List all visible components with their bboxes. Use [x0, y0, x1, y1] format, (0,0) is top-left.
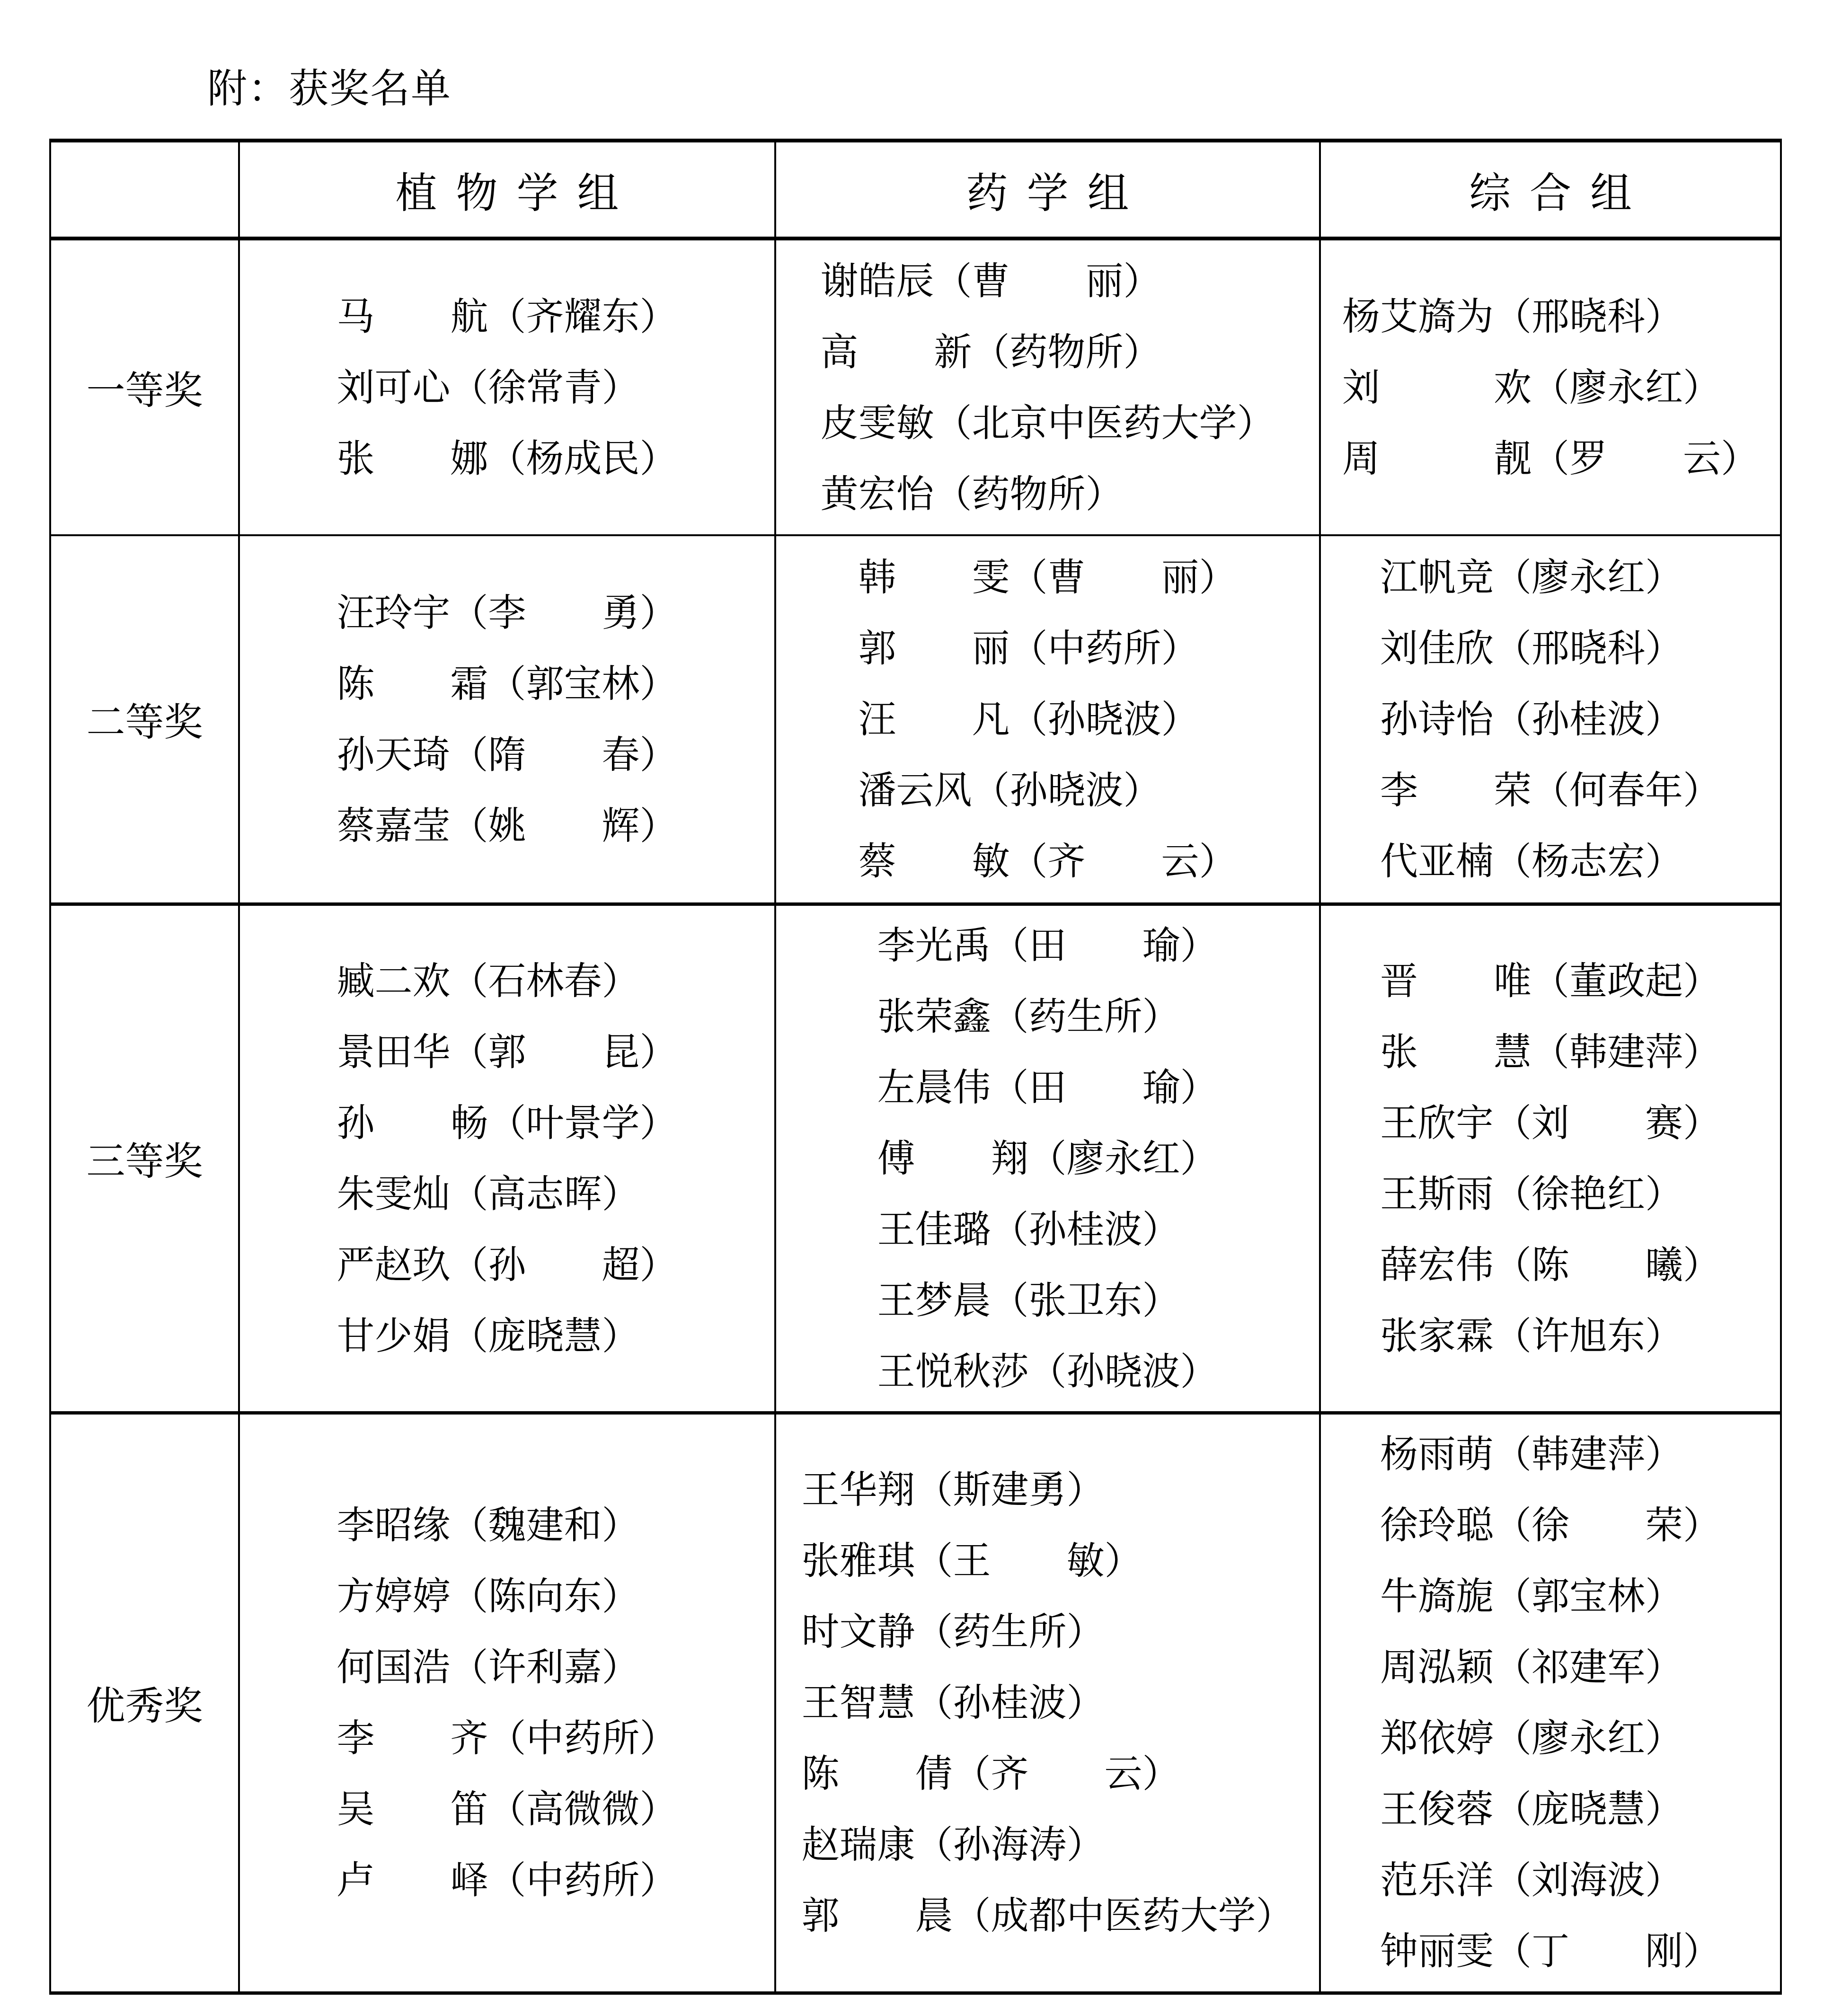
table-row: 优秀奖 李昭缘（魏建和）方婷婷（陈向东）何国浩（许利嘉）李 齐（中药所）吴 笛（…: [50, 1413, 1781, 1993]
awardee-entry: 左晨伟（田 瑜）: [877, 1052, 1218, 1123]
awardee-entry: 汪玲宇（李 勇）: [337, 577, 678, 648]
plant-cell: 汪玲宇（李 勇）陈 霜（郭宝林）孙天琦（隋 春）蔡嘉莹（姚 辉）: [239, 535, 775, 904]
comprehensive-cell: 杨雨萌（韩建萍）徐玲聪（徐 荣）牛旖旎（郭宝林）周泓颖（祁建军）郑依婷（廖永红）…: [1320, 1413, 1781, 1993]
name-list: 李光禹（田 瑜）张荣鑫（药生所）左晨伟（田 瑜）傅 翔（廖永红）王佳璐（孙桂波）…: [877, 910, 1218, 1407]
awardee-entry: 张 慧（韩建萍）: [1380, 1017, 1721, 1088]
awardee-entry: 薛宏伟（陈 曦）: [1380, 1229, 1721, 1300]
awardee-entry: 王梦晨（张卫东）: [877, 1265, 1218, 1336]
awardee-entry: 江帆竞（廖永红）: [1380, 542, 1721, 613]
awardee-entry: 谢皓辰（曹 丽）: [821, 246, 1275, 317]
prize-cell: 三等奖: [50, 904, 239, 1413]
prize-label: 一等奖: [86, 368, 203, 413]
awardee-entry: 汪 凡（孙晓波）: [859, 684, 1237, 755]
awardee-entry: 刘佳欣（邢晓科）: [1380, 613, 1721, 684]
plant-cell: 马 航（齐耀东）刘可心（徐常青）张 娜（杨成民）: [239, 239, 775, 535]
awardee-entry: 杨艾旖为（邢晓科）: [1342, 281, 1759, 352]
awardee-entry: 吴 笛（高微微）: [337, 1774, 678, 1845]
awardee-entry: 李光禹（田 瑜）: [877, 910, 1218, 981]
table-header-row: 植物学组 药学组 综合组: [50, 141, 1781, 239]
header-label: 植物学组: [376, 168, 638, 217]
awardee-entry: 王俊蓉（庞晓慧）: [1380, 1774, 1721, 1845]
comprehensive-cell: 江帆竞（廖永红）刘佳欣（邢晓科）孙诗怡（孙桂波）李 荣（何春年）代亚楠（杨志宏）: [1320, 535, 1781, 904]
awardee-entry: 蔡 敏（齐 云）: [859, 826, 1237, 897]
header-label: 综合组: [1450, 168, 1651, 217]
awardee-entry: 景田华（郭 昆）: [337, 1017, 678, 1088]
awardee-entry: 王佳璐（孙桂波）: [877, 1194, 1218, 1265]
awardee-entry: 高 新（药物所）: [821, 317, 1275, 388]
awardee-entry: 马 航（齐耀东）: [337, 281, 678, 352]
awardee-entry: 郑依婷（廖永红）: [1380, 1703, 1721, 1774]
awardee-entry: 刘 欢（廖永红）: [1342, 352, 1759, 423]
awardee-entry: 李昭缘（魏建和）: [337, 1490, 678, 1561]
awardee-entry: 潘云风（孙晓波）: [859, 755, 1237, 826]
awardee-entry: 王斯雨（徐艳红）: [1380, 1158, 1721, 1229]
name-list: 马 航（齐耀东）刘可心（徐常青）张 娜（杨成民）: [337, 281, 678, 494]
prize-cell: 二等奖: [50, 535, 239, 904]
awardee-entry: 徐玲聪（徐 荣）: [1380, 1490, 1721, 1561]
table-row: 二等奖 汪玲宇（李 勇）陈 霜（郭宝林）孙天琦（隋 春）蔡嘉莹（姚 辉） 韩 雯…: [50, 535, 1781, 904]
awardee-entry: 黄宏怡（药物所）: [821, 459, 1275, 530]
name-list: 李昭缘（魏建和）方婷婷（陈向东）何国浩（许利嘉）李 齐（中药所）吴 笛（高微微）…: [337, 1490, 678, 1916]
prize-label: 三等奖: [86, 1139, 203, 1184]
awardee-entry: 甘少娟（庞晓慧）: [337, 1300, 678, 1371]
awardee-entry: 傅 翔（廖永红）: [877, 1123, 1218, 1194]
prize-cell: 优秀奖: [50, 1413, 239, 1993]
awardee-entry: 王华翔（斯建勇）: [802, 1454, 1294, 1525]
name-list: 臧二欢（石林春）景田华（郭 昆）孙 畅（叶景学）朱雯灿（高志晖）严赵玖（孙 超）…: [337, 946, 678, 1371]
awardee-entry: 李 荣（何春年）: [1380, 755, 1721, 826]
prize-cell: 一等奖: [50, 239, 239, 535]
awardee-entry: 臧二欢（石林春）: [337, 946, 678, 1017]
awardee-entry: 张荣鑫（药生所）: [877, 981, 1218, 1052]
comprehensive-cell: 杨艾旖为（邢晓科）刘 欢（廖永红）周 靓（罗 云）: [1320, 239, 1781, 535]
awardee-entry: 方婷婷（陈向东）: [337, 1561, 678, 1632]
name-list: 韩 雯（曹 丽）郭 丽（中药所）汪 凡（孙晓波）潘云风（孙晓波）蔡 敏（齐 云）: [859, 542, 1237, 897]
awardee-entry: 王智慧（孙桂波）: [802, 1667, 1294, 1738]
awardee-entry: 晋 唯（董政起）: [1380, 946, 1721, 1017]
awardee-entry: 孙诗怡（孙桂波）: [1380, 684, 1721, 755]
awardee-entry: 张家霖（许旭东）: [1380, 1300, 1721, 1371]
table-row: 三等奖 臧二欢（石林春）景田华（郭 昆）孙 畅（叶景学）朱雯灿（高志晖）严赵玖（…: [50, 904, 1781, 1413]
pharmacy-cell: 韩 雯（曹 丽）郭 丽（中药所）汪 凡（孙晓波）潘云风（孙晓波）蔡 敏（齐 云）: [775, 535, 1320, 904]
comprehensive-cell: 晋 唯（董政起）张 慧（韩建萍）王欣宇（刘 赛）王斯雨（徐艳红）薛宏伟（陈 曦）…: [1320, 904, 1781, 1413]
header-comprehensive-group: 综合组: [1320, 141, 1781, 239]
awardee-entry: 张雅琪（王 敏）: [802, 1525, 1294, 1596]
prize-label: 优秀奖: [86, 1684, 203, 1729]
awardee-entry: 孙天琦（隋 春）: [337, 719, 678, 790]
awardee-entry: 韩 雯（曹 丽）: [859, 542, 1237, 613]
awardee-entry: 时文静（药生所）: [802, 1596, 1294, 1667]
name-list: 晋 唯（董政起）张 慧（韩建萍）王欣宇（刘 赛）王斯雨（徐艳红）薛宏伟（陈 曦）…: [1380, 946, 1721, 1371]
awardee-entry: 王悦秋莎（孙晓波）: [877, 1336, 1218, 1407]
awardee-entry: 皮雯敏（北京中医药大学）: [821, 388, 1275, 459]
awardee-entry: 郭 晨（成都中医药大学）: [802, 1880, 1294, 1951]
header-pharmacy-group: 药学组: [775, 141, 1320, 239]
awardee-entry: 朱雯灿（高志晖）: [337, 1158, 678, 1229]
awardee-entry: 李 齐（中药所）: [337, 1703, 678, 1774]
awardee-entry: 严赵玖（孙 超）: [337, 1229, 678, 1300]
pharmacy-cell: 谢皓辰（曹 丽）高 新（药物所）皮雯敏（北京中医药大学）黄宏怡（药物所）: [775, 239, 1320, 535]
awardee-entry: 牛旖旎（郭宝林）: [1380, 1561, 1721, 1632]
awardee-entry: 蔡嘉莹（姚 辉）: [337, 790, 678, 861]
awardee-entry: 何国浩（许利嘉）: [337, 1632, 678, 1703]
awardee-entry: 周泓颖（祁建军）: [1380, 1632, 1721, 1703]
name-list: 杨艾旖为（邢晓科）刘 欢（廖永红）周 靓（罗 云）: [1342, 281, 1759, 494]
awardee-entry: 钟丽雯（丁 刚）: [1380, 1916, 1721, 1987]
plant-cell: 臧二欢（石林春）景田华（郭 昆）孙 畅（叶景学）朱雯灿（高志晖）严赵玖（孙 超）…: [239, 904, 775, 1413]
table-row: 一等奖 马 航（齐耀东）刘可心（徐常青）张 娜（杨成民） 谢皓辰（曹 丽）高 新…: [50, 239, 1781, 535]
awardee-entry: 陈 霜（郭宝林）: [337, 648, 678, 719]
pharmacy-cell: 李光禹（田 瑜）张荣鑫（药生所）左晨伟（田 瑜）傅 翔（廖永红）王佳璐（孙桂波）…: [775, 904, 1320, 1413]
prize-label: 二等奖: [86, 700, 203, 745]
awardee-entry: 陈 倩（齐 云）: [802, 1738, 1294, 1809]
awardee-entry: 张 娜（杨成民）: [337, 423, 678, 494]
awardee-entry: 范乐洋（刘海波）: [1380, 1845, 1721, 1916]
name-list: 汪玲宇（李 勇）陈 霜（郭宝林）孙天琦（隋 春）蔡嘉莹（姚 辉）: [337, 577, 678, 861]
page-title: 附：获奖名单: [207, 62, 452, 115]
awardee-entry: 卢 峄（中药所）: [337, 1845, 678, 1916]
awardee-entry: 杨雨萌（韩建萍）: [1380, 1419, 1721, 1490]
awardee-entry: 周 靓（罗 云）: [1342, 423, 1759, 494]
awardee-entry: 王欣宇（刘 赛）: [1380, 1088, 1721, 1158]
pharmacy-cell: 王华翔（斯建勇）张雅琪（王 敏）时文静（药生所）王智慧（孙桂波）陈 倩（齐 云）…: [775, 1413, 1320, 1993]
header-label: 药学组: [947, 168, 1148, 217]
awardee-entry: 代亚楠（杨志宏）: [1380, 826, 1721, 897]
name-list: 谢皓辰（曹 丽）高 新（药物所）皮雯敏（北京中医药大学）黄宏怡（药物所）: [821, 246, 1275, 530]
awardee-entry: 孙 畅（叶景学）: [337, 1088, 678, 1158]
award-list-table: 植物学组 药学组 综合组 一等奖 马 航（齐耀东）刘可心（徐常青）张 娜（杨成民…: [49, 139, 1782, 1995]
awardee-entry: 赵瑞康（孙海涛）: [802, 1809, 1294, 1880]
name-list: 杨雨萌（韩建萍）徐玲聪（徐 荣）牛旖旎（郭宝林）周泓颖（祁建军）郑依婷（廖永红）…: [1380, 1419, 1721, 1987]
name-list: 江帆竞（廖永红）刘佳欣（邢晓科）孙诗怡（孙桂波）李 荣（何春年）代亚楠（杨志宏）: [1380, 542, 1721, 897]
header-plant-group: 植物学组: [239, 141, 775, 239]
header-corner-cell: [50, 141, 239, 239]
awardee-entry: 郭 丽（中药所）: [859, 613, 1237, 684]
awardee-entry: 刘可心（徐常青）: [337, 352, 678, 423]
plant-cell: 李昭缘（魏建和）方婷婷（陈向东）何国浩（许利嘉）李 齐（中药所）吴 笛（高微微）…: [239, 1413, 775, 1993]
name-list: 王华翔（斯建勇）张雅琪（王 敏）时文静（药生所）王智慧（孙桂波）陈 倩（齐 云）…: [802, 1454, 1294, 1951]
